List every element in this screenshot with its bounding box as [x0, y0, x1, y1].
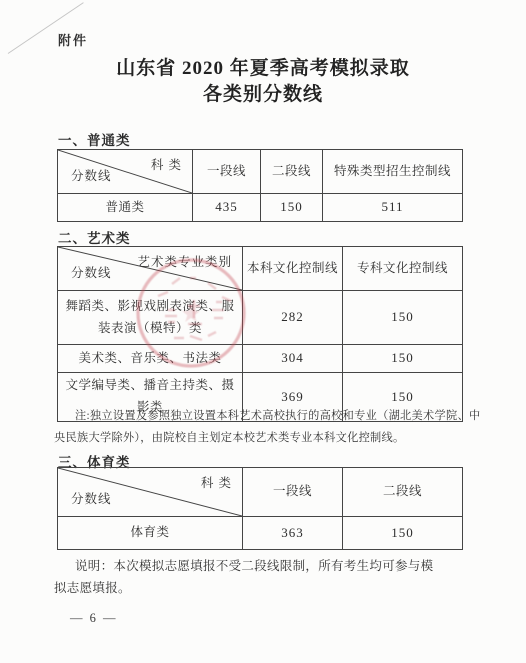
row-label: 舞蹈类、影视戏剧表演类、服装表演（模特）类 — [58, 291, 243, 345]
score-cell: 150 — [261, 194, 323, 222]
corner-label-category: 科 类 — [151, 155, 182, 177]
diagonal-header-cell: 科 类 分数线 — [58, 468, 243, 517]
column-header: 本科文化控制线 — [243, 247, 343, 291]
score-cell: 363 — [243, 517, 343, 550]
art-note-line-2: 央民族大学除外），由院校自主划定本校艺术类专业本科文化控制线。 — [54, 429, 405, 445]
document-page: 附件 山东省 2020 年夏季高考模拟录取 各类别分数线 一、普通类 科 类 分… — [0, 0, 526, 663]
section-heading-art: 二、艺术类 — [58, 227, 131, 247]
title-line-2: 各类别分数线 — [0, 82, 526, 108]
corner-label-category: 科 类 — [201, 473, 232, 495]
sports-category-table: 科 类 分数线 一段线 二段线 体育类 363 150 — [57, 467, 463, 550]
table-row: 舞蹈类、影视戏剧表演类、服装表演（模特）类 282 150 — [58, 291, 463, 345]
column-header: 专科文化控制线 — [343, 247, 463, 291]
row-label: 美术类、音乐类、书法类 — [58, 345, 243, 373]
row-label: 普通类 — [58, 194, 193, 222]
corner-label-scoreline: 分数线 — [71, 263, 112, 285]
score-cell: 150 — [343, 517, 463, 550]
column-header: 一段线 — [243, 468, 343, 517]
art-category-table: 艺术类专业类别 分数线 本科文化控制线 专科文化控制线 舞蹈类、影视戏剧表演类、… — [57, 246, 463, 422]
column-header: 特殊类型招生控制线 — [323, 150, 463, 194]
table-row: 体育类 363 150 — [58, 517, 463, 550]
explanation-line-1: 说明：本次模拟志愿填报不受二段线限制，所有考生均可参与模 — [75, 556, 433, 574]
column-header: 二段线 — [343, 468, 463, 517]
explanation-line-2: 拟志愿填报。 — [54, 578, 131, 596]
score-cell: 435 — [193, 194, 261, 222]
score-cell: 282 — [243, 291, 343, 345]
score-cell: 511 — [323, 194, 463, 222]
row-label: 体育类 — [58, 517, 243, 550]
column-header: 二段线 — [261, 150, 323, 194]
title-line-1: 山东省 2020 年夏季高考模拟录取 — [0, 56, 526, 82]
table-row: 美术类、音乐类、书法类 304 150 — [58, 345, 463, 373]
table-header-row: 科 类 分数线 一段线 二段线 特殊类型招生控制线 — [58, 150, 463, 194]
table-header-row: 艺术类专业类别 分数线 本科文化控制线 专科文化控制线 — [58, 247, 463, 291]
column-header: 一段线 — [193, 150, 261, 194]
art-note-line-1: 注:独立设置及参照独立设置本科艺术高校执行的高校和专业（湖北美术学院、中 — [75, 407, 480, 423]
corner-label-scoreline: 分数线 — [71, 166, 112, 188]
general-category-table: 科 类 分数线 一段线 二段线 特殊类型招生控制线 普通类 435 150 51… — [57, 149, 463, 222]
section-heading-general: 一、普通类 — [58, 129, 131, 149]
table-header-row: 科 类 分数线 一段线 二段线 — [58, 468, 463, 517]
score-cell: 304 — [243, 345, 343, 373]
document-title: 山东省 2020 年夏季高考模拟录取 各类别分数线 — [0, 56, 526, 108]
corner-label-scoreline: 分数线 — [71, 489, 112, 511]
score-cell: 150 — [343, 291, 463, 345]
corner-label-category: 艺术类专业类别 — [137, 252, 232, 274]
attachment-label: 附件 — [58, 30, 88, 49]
score-cell: 150 — [343, 345, 463, 373]
diagonal-header-cell: 艺术类专业类别 分数线 — [58, 247, 243, 291]
table-row: 普通类 435 150 511 — [58, 194, 463, 222]
page-number: — 6 — — [70, 611, 118, 626]
diagonal-header-cell: 科 类 分数线 — [58, 150, 193, 194]
